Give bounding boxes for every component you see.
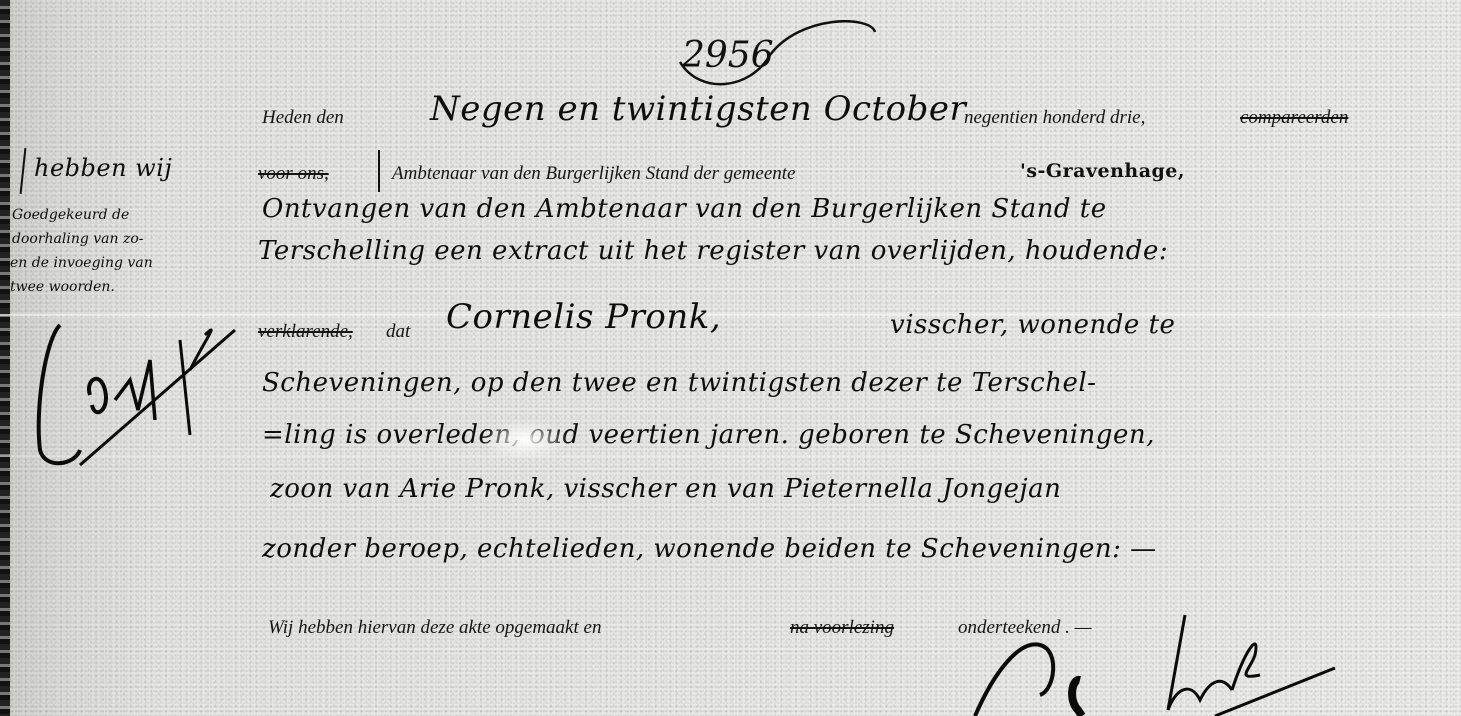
line2-municipality: 's-Gravenhage,: [1020, 162, 1185, 181]
line10-struck-na-voorlezing: na voorlezing: [790, 618, 894, 637]
line7-handwritten: =ling is overleden, oud veertien jaren. …: [262, 422, 1155, 448]
record-number-flourish: [670, 20, 890, 100]
line6-handwritten: Scheveningen, op den twee en twintigsten…: [262, 370, 1096, 396]
line5-occupation: visscher, wonende te: [890, 312, 1175, 338]
line2-struck-voor-ons: voor ons,: [258, 164, 329, 183]
margin-note-line5: twee woorden.: [10, 280, 115, 294]
line3-handwritten: Ontvangen van den Ambtenaar van den Burg…: [262, 196, 1107, 222]
line10-closing: Wij hebben hiervan deze akte opgemaakt e…: [268, 618, 601, 637]
line1-date-handwritten: Negen en twintigsten October: [430, 92, 966, 126]
deceased-name: Cornelis Pronk,: [446, 300, 721, 334]
margin-note-line4: en de invoeging van: [10, 256, 153, 270]
margin-note-line3: doorhaling van zo-: [12, 232, 144, 246]
insertion-mark: [378, 150, 380, 192]
line1-printed-heden: Heden den: [262, 108, 344, 127]
scan-glare: [480, 420, 570, 460]
line5-printed-dat: dat: [386, 322, 410, 341]
line1-struck-compareerden: compareerden: [1240, 108, 1348, 127]
scan-edge: [0, 0, 10, 716]
margin-signature: [20, 300, 250, 470]
margin-note-line2: Goedgekeurd de: [12, 208, 129, 222]
line1-printed-year: negentien honderd drie,: [964, 108, 1145, 127]
bottom-signature: [960, 610, 1340, 716]
line4-handwritten: Terschelling een extract uit het registe…: [258, 238, 1168, 264]
line8-parents: zoon van Arie Pronk, visscher en van Pie…: [270, 476, 1061, 502]
line5-struck-verklarende: verklarende,: [258, 322, 353, 341]
margin-note-line1: hebben wij: [34, 156, 172, 180]
line2-printed-ambtenaar: Ambtenaar van den Burgerlijken Stand der…: [392, 164, 795, 183]
line9-handwritten: zonder beroep, echtelieden, wonende beid…: [262, 536, 1157, 562]
